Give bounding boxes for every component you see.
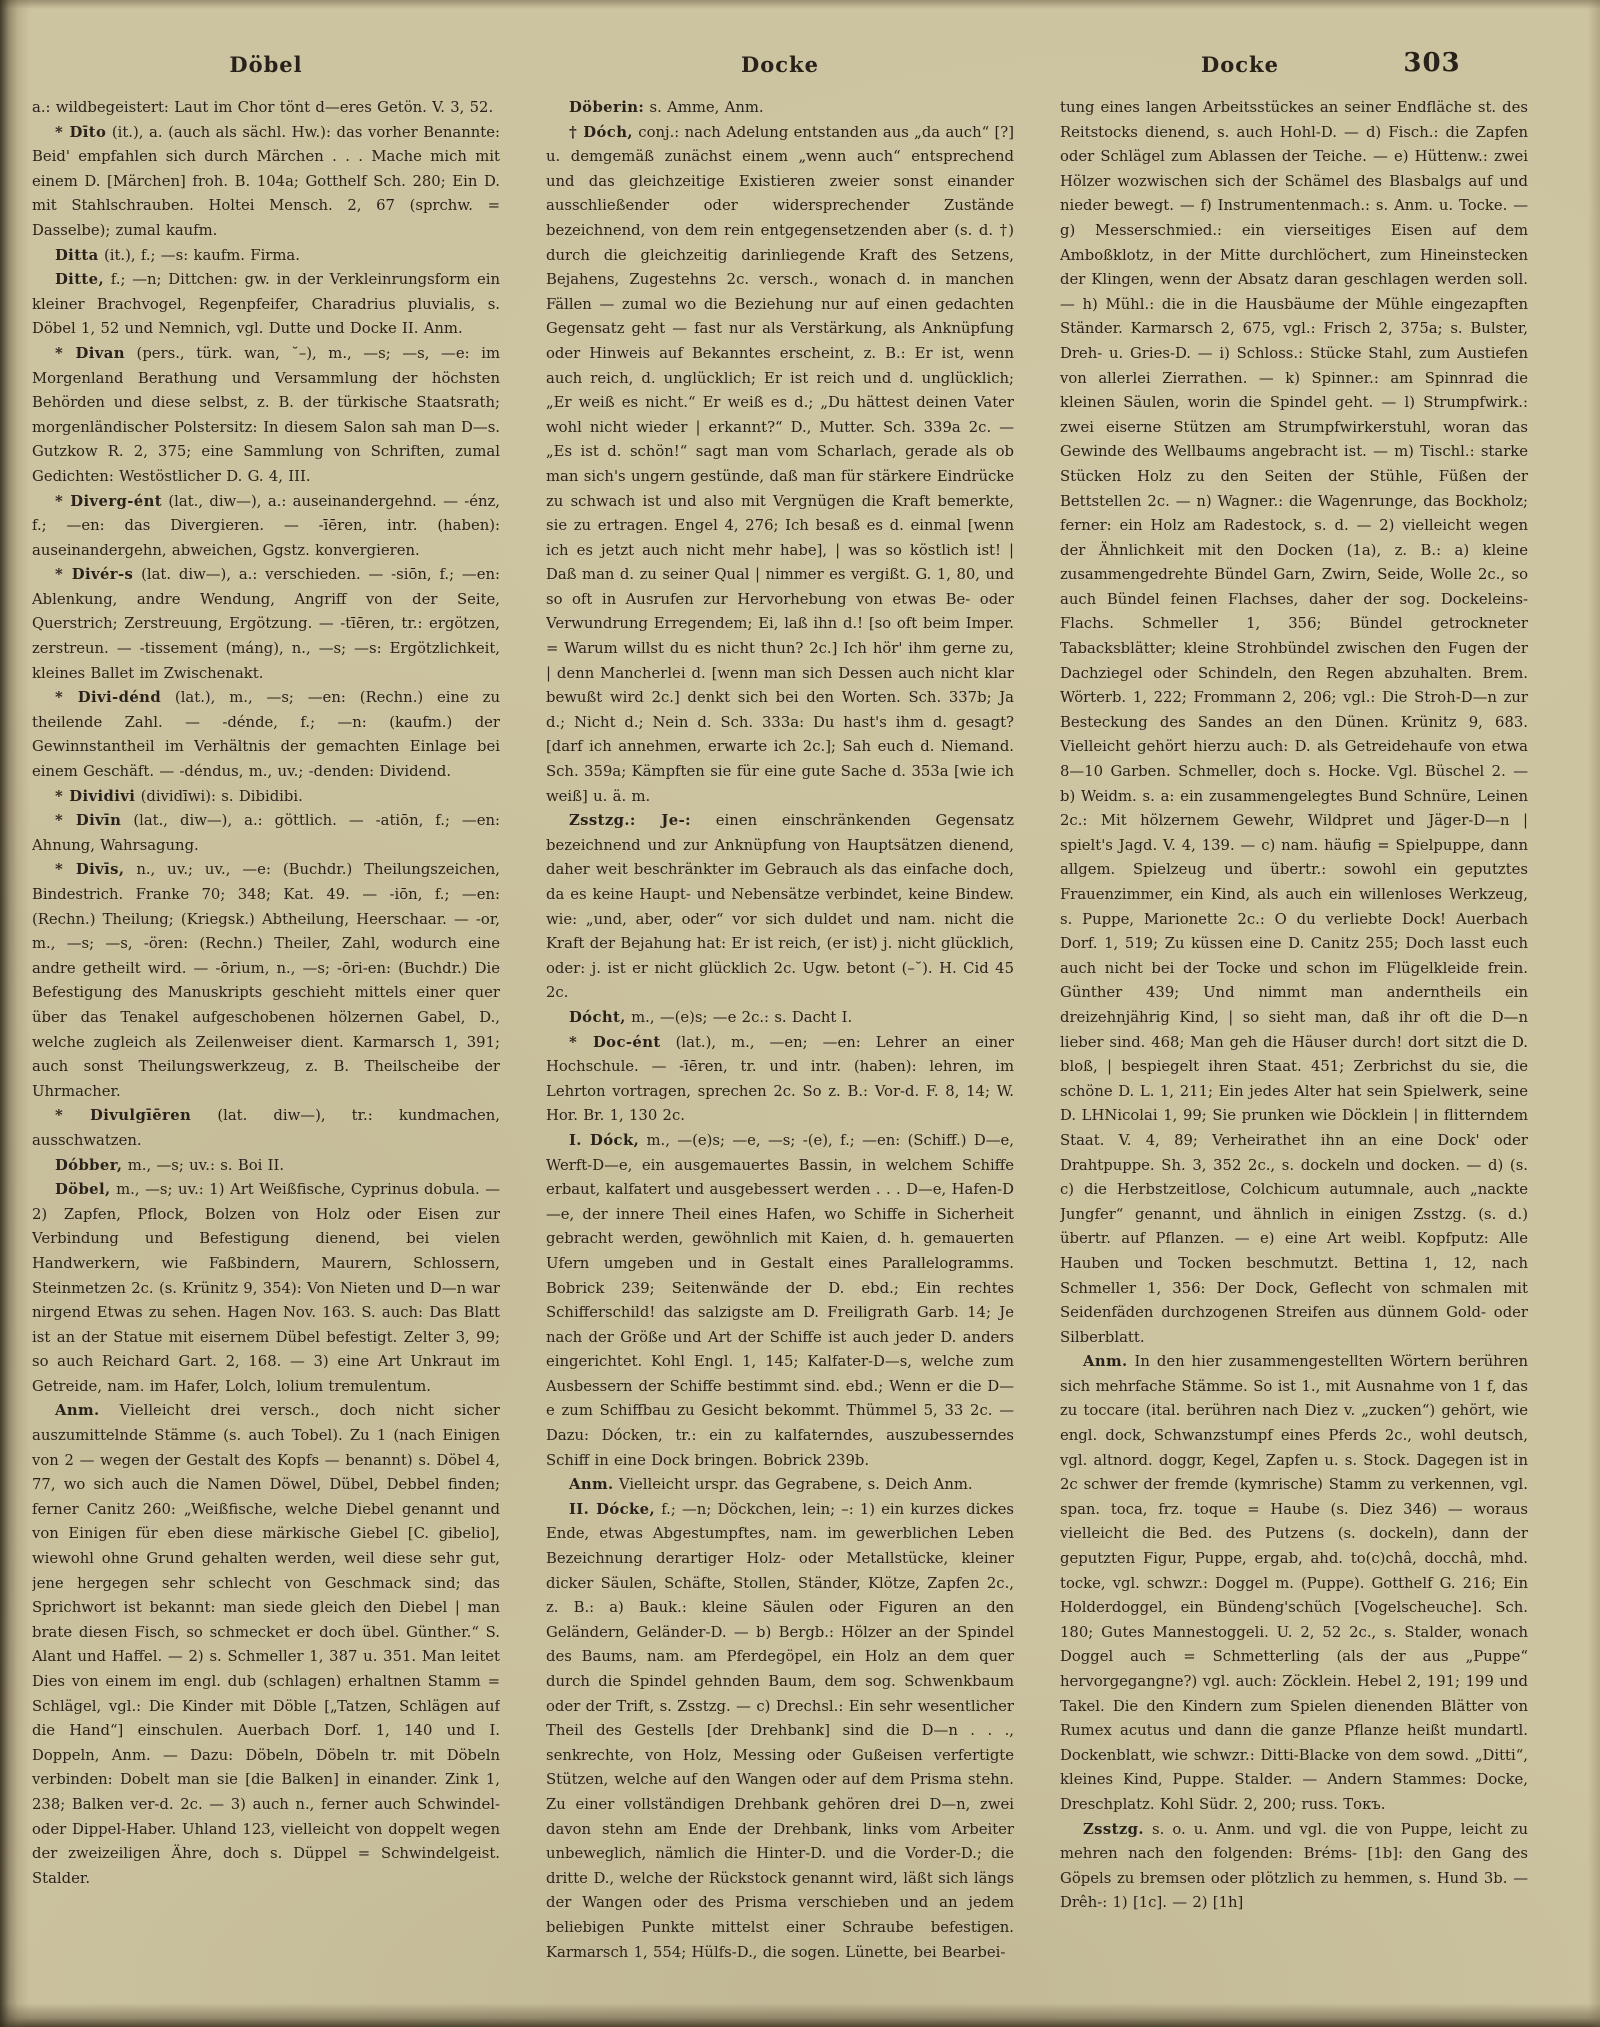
- text-column-2: Döberin: s. Amme, Anm.† Dóch, conj.: nac…: [546, 96, 1014, 2002]
- entry-headword: Anm.: [1083, 1353, 1128, 1370]
- paragraph-text: (lat. diw—), a.: verschieden. — -siōn, f…: [32, 566, 500, 681]
- entry-headword: Zsstzg.: [1083, 1821, 1144, 1838]
- paragraph-text: f.; —n; Döckchen, lein; –: 1) ein kurzes…: [546, 1501, 1014, 1961]
- entry-headword: Döbel,: [55, 1181, 111, 1198]
- paragraph: tung eines langen Arbeitsstückes an sein…: [1060, 96, 1528, 1350]
- running-head-center: Docke: [546, 52, 1014, 82]
- paragraph: Ditte, f.; —n; Dittchen: gw. in der Verk…: [32, 268, 500, 342]
- entry-headword: Döberin:: [569, 99, 644, 116]
- paragraph-text: Vielleicht urspr. das Gegrabene, s. Deic…: [614, 1476, 973, 1493]
- paragraph: * Divīn (lat., diw—), a.: göttlich. — -a…: [32, 809, 500, 858]
- entry-headword: Ditta: [55, 247, 99, 264]
- paragraph: Döbel, m., —s; uv.: 1) Art Weißfische, C…: [32, 1178, 500, 1399]
- paragraph: a.: wildbegeistert: Laut im Chor tönt d—…: [32, 96, 500, 121]
- paragraph: I. Dóck, m., —(e)s; —e, —s; -(e), f.; —e…: [546, 1129, 1014, 1473]
- paragraph: Dóbber, m., —s; uv.: s. Boi II.: [32, 1154, 500, 1179]
- paragraph-text: conj.: nach Adelung entstanden aus „da a…: [546, 124, 1014, 805]
- paragraph: * Divi-dénd (lat.), m., —s; —en: (Rechn.…: [32, 686, 500, 784]
- entry-headword: * Divi-dénd: [55, 689, 161, 706]
- entry-headword: * Doc-ént: [569, 1034, 661, 1051]
- entry-headword: Dócht,: [569, 1009, 626, 1026]
- entry-headword: I. Dóck,: [569, 1132, 639, 1149]
- running-head-left: Döbel: [32, 52, 500, 82]
- paragraph-text: m., —(e)s; —e, —s; -(e), f.; —en: (Schif…: [546, 1132, 1014, 1469]
- entry-headword: * Divan: [55, 345, 125, 362]
- entry-headword: † Dóch,: [569, 124, 633, 141]
- entry-headword: Dóbber,: [55, 1157, 122, 1174]
- paragraph: Anm. Vielleicht urspr. das Gegrabene, s.…: [546, 1473, 1014, 1498]
- paragraph: Ditta (it.), f.; —s: kaufm. Firma.: [32, 244, 500, 269]
- entry-headword: * Dividivi: [55, 788, 135, 805]
- paragraph: II. Dócke, f.; —n; Döckchen, lein; –: 1)…: [546, 1498, 1014, 1965]
- entry-headword: Ditte,: [55, 271, 104, 288]
- entry-headword: Anm.: [55, 1402, 100, 1419]
- entry-headword: * Dīto: [55, 124, 106, 141]
- paragraph: * Dīto (it.), a. (auch als sächl. Hw.): …: [32, 121, 500, 244]
- page-number: 303: [1392, 48, 1472, 78]
- paragraph: † Dóch, conj.: nach Adelung entstanden a…: [546, 121, 1014, 810]
- paragraph-text: (pers., türk. wan, ˘–), m., —s; —s, —e: …: [32, 345, 500, 485]
- paragraph: Zsstzg.: Je-: einen einschränkenden Gege…: [546, 809, 1014, 1006]
- entry-headword: * Divulgīēren: [55, 1107, 191, 1124]
- paragraph-text: m., —(e)s; —e 2c.: s. Dacht I.: [626, 1009, 852, 1026]
- paragraph: * Divan (pers., türk. wan, ˘–), m., —s; …: [32, 342, 500, 490]
- text-column-1: a.: wildbegeistert: Laut im Chor tönt d—…: [32, 96, 500, 2002]
- entry-headword: * Divér-s: [55, 566, 133, 583]
- paragraph: Dócht, m., —(e)s; —e 2c.: s. Dacht I.: [546, 1006, 1014, 1031]
- entry-headword: Anm.: [569, 1476, 614, 1493]
- paragraph: * Divīs, n., uv.; uv., —e: (Buchdr.) The…: [32, 858, 500, 1104]
- paragraph: * Divulgīēren (lat. diw—), tr.: kundmach…: [32, 1104, 500, 1153]
- paragraph-text: (dividīwi): s. Dibidibi.: [135, 788, 303, 805]
- paragraph-text: tung eines langen Arbeitsstückes an sein…: [1060, 99, 1528, 1346]
- paragraph-text: n., uv.; uv., —e: (Buchdr.) Theilungszei…: [32, 861, 500, 1099]
- paragraph: * Divér-s (lat. diw—), a.: verschieden. …: [32, 563, 500, 686]
- entry-headword: * Diverg-ént: [55, 493, 162, 510]
- paragraph-text: m., —s; uv.: s. Boi II.: [122, 1157, 284, 1174]
- dictionary-page: Döbel Docke Docke 303 a.: wildbegeistert…: [0, 0, 1600, 2027]
- paragraph: * Diverg-ént (lat., diw—), a.: auseinand…: [32, 490, 500, 564]
- paragraph: * Dividivi (dividīwi): s. Dibidibi.: [32, 785, 500, 810]
- paragraph-text: einen einschränkenden Gegensatz bezeichn…: [546, 812, 1014, 1001]
- paragraph: Anm. Vielleicht drei versch., doch nicht…: [32, 1399, 500, 1891]
- paragraph: Döberin: s. Amme, Anm.: [546, 96, 1014, 121]
- paragraph-text: s. Amme, Anm.: [644, 99, 763, 116]
- paragraph: * Doc-ént (lat.), m., —en; —en: Lehrer a…: [546, 1031, 1014, 1129]
- entry-headword: Zsstzg.: Je-:: [569, 812, 691, 829]
- paragraph-text: m., —s; uv.: 1) Art Weißfische, Cyprinus…: [32, 1181, 500, 1395]
- paragraph: Zsstzg. s. o. u. Anm. und vgl. die von P…: [1060, 1818, 1528, 1916]
- text-column-3: tung eines langen Arbeitsstückes an sein…: [1060, 96, 1528, 2002]
- paragraph: Anm. In den hier zusammengestellten Wört…: [1060, 1350, 1528, 1817]
- entry-headword: II. Dócke,: [569, 1501, 655, 1518]
- entry-headword: * Divīn: [55, 812, 121, 829]
- paragraph-text: Vielleicht drei versch., doch nicht sich…: [32, 1402, 500, 1886]
- paragraph-text: a.: wildbegeistert: Laut im Chor tönt d—…: [32, 99, 493, 116]
- paragraph-text: In den hier zusammengestellten Wörtern b…: [1060, 1353, 1528, 1813]
- entry-headword: * Divīs,: [55, 861, 124, 878]
- paragraph-text: (it.), f.; —s: kaufm. Firma.: [99, 247, 300, 264]
